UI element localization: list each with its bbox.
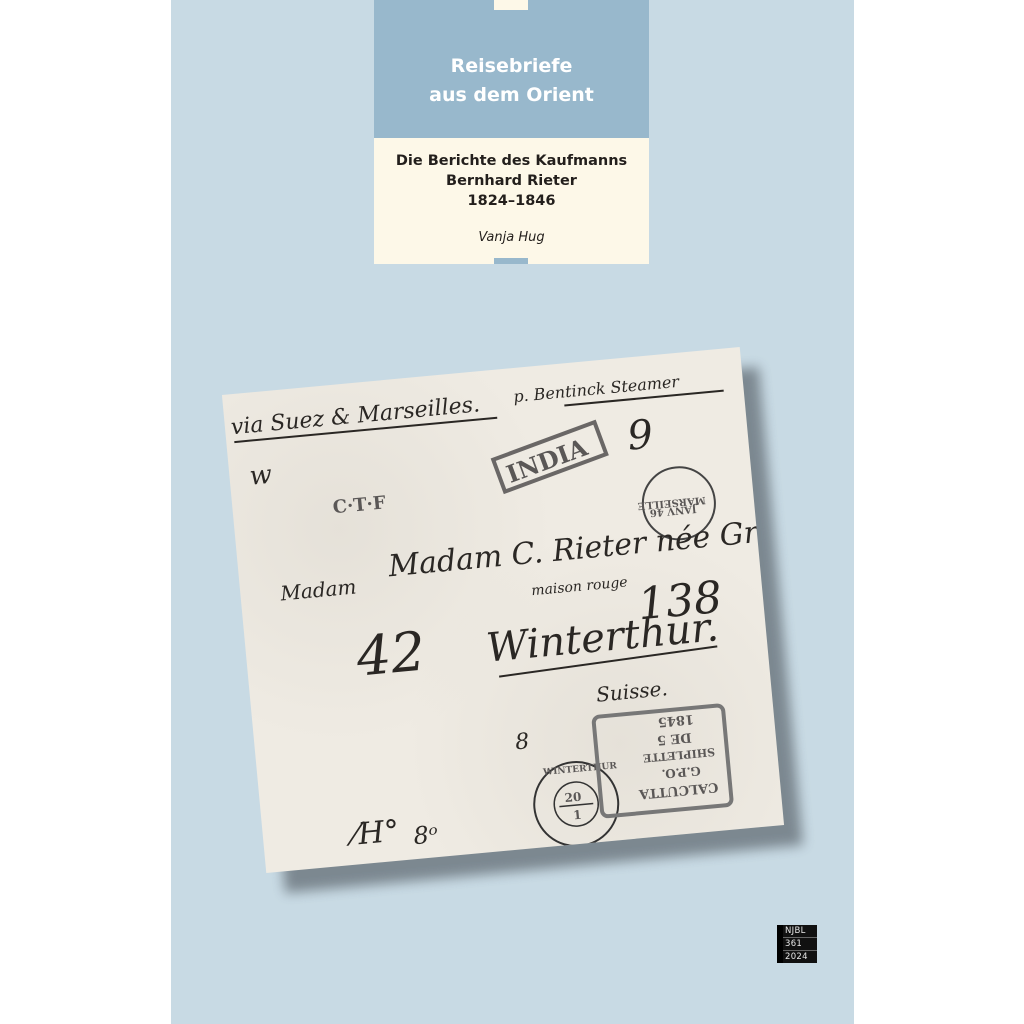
routing-text: via Suez & Marseilles. (230, 392, 481, 440)
madam-text: Madam (278, 575, 357, 606)
svg-text:9: 9 (625, 412, 655, 460)
svg-text:SHIPLETTE: SHIPLETTE (642, 745, 715, 765)
house-text: maison rouge (531, 574, 629, 599)
svg-text:1: 1 (573, 808, 583, 823)
subtitle-years: 1824–1846 (374, 191, 649, 211)
svg-text:DE 5: DE 5 (656, 729, 692, 747)
book-title: Reisebriefe aus dem Orient (374, 52, 649, 110)
svg-text:1845: 1845 (657, 711, 694, 729)
ctf-mark: C·T·F (332, 492, 387, 518)
svg-text:⁄H°: ⁄H° (344, 814, 401, 854)
title-line-1: Reisebriefe (374, 52, 649, 81)
svg-text:8ᵒ: 8ᵒ (412, 820, 439, 850)
svg-text:20: 20 (564, 790, 582, 805)
svg-text:8: 8 (514, 729, 530, 755)
mark-w: w (248, 460, 273, 492)
number-42: 42 (353, 619, 428, 688)
subtitle-line-1: Die Berichte des Kaufmanns (374, 151, 649, 171)
badge-line-year: 2024 (783, 950, 817, 963)
letter-drawing: via Suez & Marseilles. p. Bentinck Steam… (222, 347, 784, 873)
historic-letter-image: via Suez & Marseilles. p. Bentinck Steam… (222, 347, 784, 873)
series-badge: NJBL 361 2024 (777, 925, 817, 963)
svg-text:G.P.O.: G.P.O. (661, 763, 701, 781)
badge-line-number: 361 (783, 937, 817, 950)
top-notch (494, 0, 528, 10)
book-subtitle: Die Berichte des Kaufmanns Bernhard Riet… (374, 151, 649, 211)
title-line-2: aus dem Orient (374, 81, 649, 110)
svg-text:CALCUTTA: CALCUTTA (637, 779, 718, 801)
badge-line-series: NJBL (783, 925, 817, 937)
author-name: Vanja Hug (374, 230, 649, 245)
country-text: Suisse. (595, 676, 669, 707)
steamer-text: p. Bentinck Steamer (512, 372, 681, 406)
addressee-text: Madam C. Rieter née Graf (386, 512, 784, 584)
subtitle-line-2: Bernhard Rieter (374, 171, 649, 191)
bottom-notch (494, 258, 528, 264)
